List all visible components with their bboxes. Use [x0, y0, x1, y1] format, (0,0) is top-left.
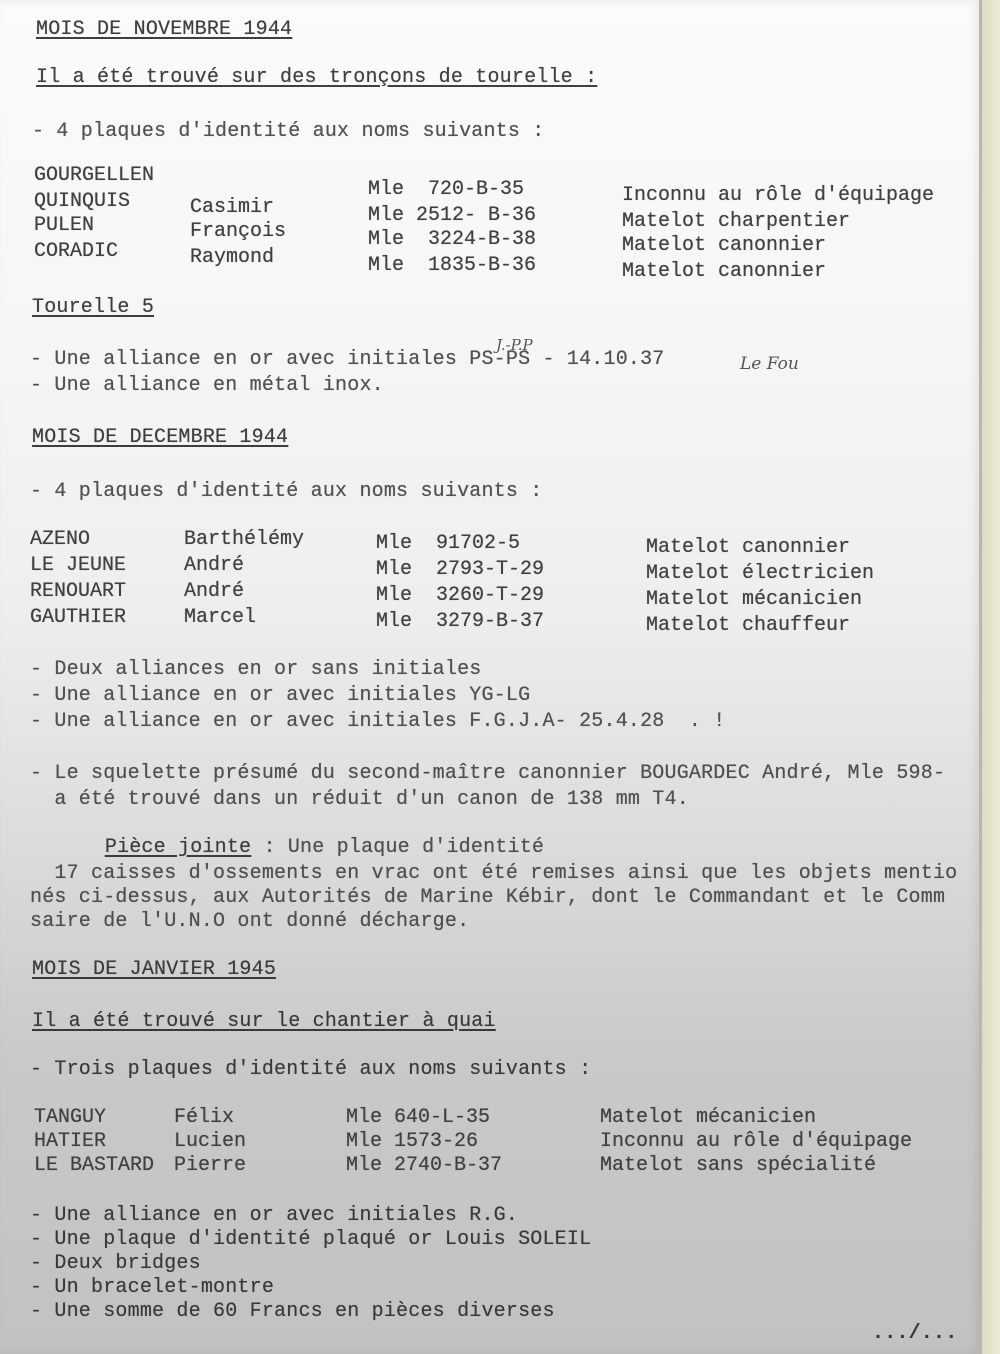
service-number: Mle 2793-T-29: [376, 558, 544, 582]
ossuary-paragraph-line: 17 caisses d'ossements en vrac ont été r…: [30, 862, 957, 886]
surname: LE JEUNE: [30, 554, 126, 578]
firstname: Félix: [174, 1106, 234, 1130]
january-item: - Deux bridges: [30, 1252, 201, 1276]
january-plates-intro: - Trois plaques d'identité aux noms suiv…: [30, 1058, 591, 1082]
person-row: AZENO Barthélémy Mle 91702-5 Matelot can…: [0, 528, 982, 552]
handwritten-note: Le Fou: [740, 354, 799, 374]
skeleton-paragraph-line: a été trouvé dans un réduit d'un canon d…: [30, 788, 689, 812]
ossuary-paragraph-line: saire de l'U.N.O ont donné décharge.: [30, 910, 469, 934]
surname: GOURGELLEN: [34, 164, 154, 188]
december-plates-intro: - 4 plaques d'identité aux noms suivants…: [30, 480, 542, 504]
person-row: TANGUY Félix Mle 640-L-35 Matelot mécani…: [0, 1106, 982, 1130]
firstname: André: [184, 554, 244, 578]
firstname: Barthélémy: [184, 528, 304, 552]
surname: GAUTHIER: [30, 606, 126, 630]
service-number: Mle 91702-5: [376, 532, 520, 556]
person-row: HATIER Lucien Mle 1573-26 Inconnu au rôl…: [0, 1130, 982, 1154]
subheading-tourelle: Tourelle 5: [32, 296, 154, 320]
continuation-mark: .../...: [872, 1322, 957, 1346]
ossuary-paragraph-line: nés ci-dessus, aux Autorités de Marine K…: [30, 886, 945, 910]
service-number: Mle 2740-B-37: [346, 1154, 502, 1178]
service-number: Mle 1573-26: [346, 1130, 478, 1154]
december-item: - Deux alliances en or sans initiales: [30, 658, 481, 682]
surname: AZENO: [30, 528, 90, 552]
heading-january: MOIS DE JANVIER 1945: [32, 958, 276, 982]
person-row: LE JEUNE André Mle 2793-T-29 Matelot éle…: [0, 554, 982, 578]
person-row: LE BASTARD Pierre Mle 2740-B-37 Matelot …: [0, 1154, 982, 1178]
surname: TANGUY: [34, 1106, 106, 1130]
role: Matelot mécanicien: [600, 1106, 816, 1130]
surname: CORADIC: [34, 240, 118, 264]
firstname: Pierre: [174, 1154, 246, 1178]
role: Inconnu au rôle d'équipage: [600, 1130, 912, 1154]
november-item: - Une alliance en or avec initiales PS-P…: [30, 348, 665, 372]
heading-december: MOIS DE DECEMBRE 1944: [32, 426, 288, 450]
attached-text: : Une plaque d'identité: [251, 836, 544, 859]
person-row: GAUTHIER Marcel Mle 3279-B-37 Matelot ch…: [0, 606, 982, 630]
surname: HATIER: [34, 1130, 106, 1154]
document-page: MOIS DE NOVEMBRE 1944 Il a été trouvé su…: [0, 0, 982, 1354]
november-plates-intro: - 4 plaques d'identité aux noms suivants…: [32, 120, 544, 144]
person-row: QUINQUIS Casimir Mle 2512- B-36 Matelot …: [0, 190, 982, 214]
heading-november: MOIS DE NOVEMBRE 1944: [36, 18, 292, 42]
surname: QUINQUIS: [34, 190, 130, 214]
november-item: - Une alliance en métal inox.: [30, 374, 384, 398]
january-item: - Une alliance en or avec initiales R.G.: [30, 1204, 518, 1228]
december-item: - Une alliance en or avec initiales F.G.…: [30, 710, 726, 734]
attached-label: Pièce jointe: [105, 836, 251, 859]
page-edge: [982, 0, 1000, 1354]
service-number: Mle 3260-T-29: [376, 584, 544, 608]
january-item: - Un bracelet-montre: [30, 1276, 274, 1300]
december-item: - Une alliance en or avec initiales YG-L…: [30, 684, 530, 708]
surname: RENOUART: [30, 580, 126, 604]
person-row: GOURGELLEN Mle 720-B-35 Inconnu au rôle …: [0, 164, 982, 188]
november-intro: Il a été trouvé sur des tronçons de tour…: [36, 66, 597, 90]
surname: PULEN: [34, 214, 94, 238]
skeleton-paragraph-line: - Le squelette présumé du second-maître …: [30, 762, 945, 786]
role: Matelot sans spécialité: [600, 1154, 876, 1178]
service-number: Mle 1835-B-36: [368, 254, 536, 278]
firstname: Lucien: [174, 1130, 246, 1154]
role: Matelot chauffeur: [646, 614, 850, 638]
january-item: - Une plaque d'identité plaqué or Louis …: [30, 1228, 591, 1252]
firstname: Raymond: [190, 246, 274, 270]
firstname: Marcel: [184, 606, 256, 630]
person-row: RENOUART André Mle 3260-T-29 Matelot méc…: [0, 580, 982, 604]
role: Matelot canonnier: [622, 260, 826, 284]
surname: LE BASTARD: [34, 1154, 154, 1178]
person-row: CORADIC Raymond Mle 1835-B-36 Matelot ca…: [0, 240, 982, 264]
service-number: Mle 640-L-35: [346, 1106, 490, 1130]
january-intro: Il a été trouvé sur le chantier à quai: [32, 1010, 496, 1034]
person-row: PULEN François Mle 3224-B-38 Matelot can…: [0, 214, 982, 238]
service-number: Mle 3279-B-37: [376, 610, 544, 634]
january-item: - Une somme de 60 Francs en pièces diver…: [30, 1300, 555, 1324]
firstname: André: [184, 580, 244, 604]
